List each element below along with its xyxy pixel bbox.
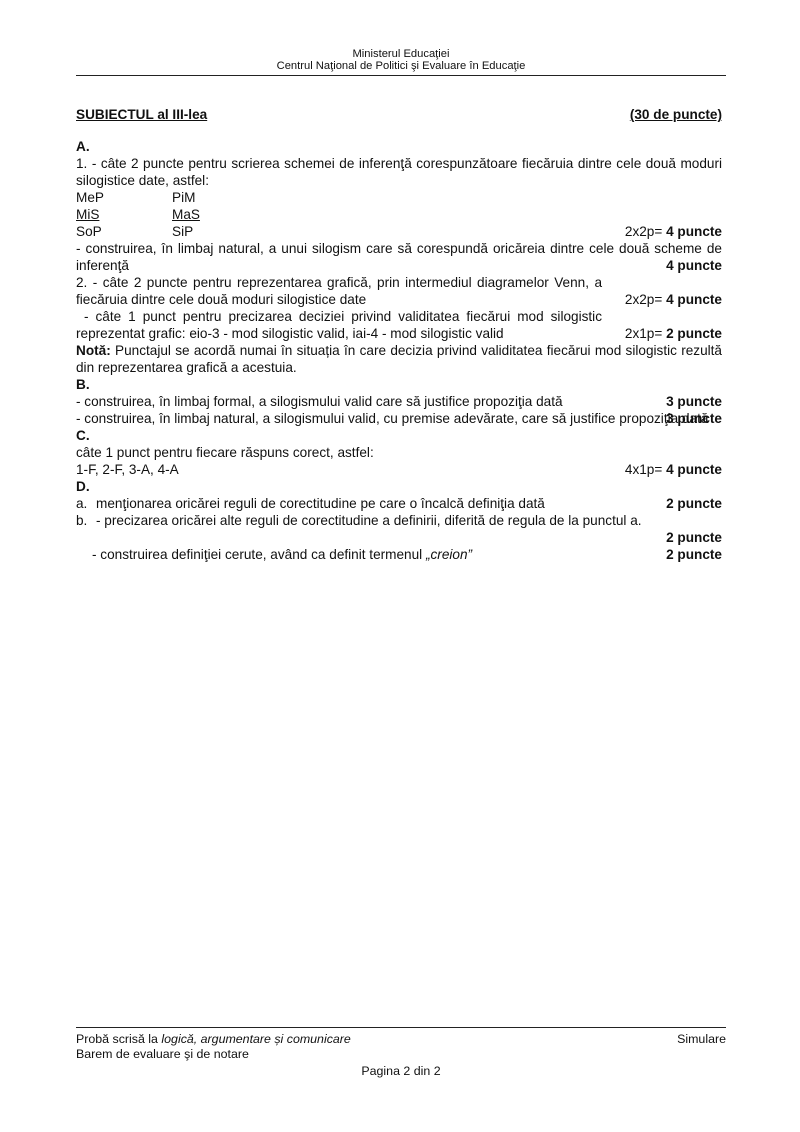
page-number: Pagina 2 din 2 — [76, 1064, 726, 1079]
section-d-item-b1-score-row: 2 puncte — [76, 529, 722, 546]
document-body: SUBIECTUL al III-lea (30 de puncte) A. 1… — [76, 106, 722, 563]
section-a-label: A. — [76, 138, 722, 155]
section-b-item-1: - construirea, în limbaj formal, a silog… — [76, 393, 722, 410]
score: 2 puncte — [666, 495, 722, 512]
header-divider — [76, 75, 726, 76]
subject-points: (30 de puncte) — [630, 106, 722, 123]
schema-minor-1: MiS — [76, 206, 99, 223]
section-d-item-a: a.menţionarea oricărei reguli de corecti… — [76, 495, 722, 512]
schema-major-2: PiM — [172, 189, 195, 206]
score: 4x1p= 4 puncte — [625, 461, 722, 478]
exam-subject: Probă scrisă la logică, argumentare și c… — [76, 1032, 351, 1047]
section-c-label: C. — [76, 427, 722, 444]
section-c-intro: câte 1 punct pentru fiecare răspuns core… — [76, 444, 722, 461]
schema-conclusion-2: SiP — [172, 223, 193, 240]
schema-major-1: MeP — [76, 189, 104, 206]
section-a-item-2b: - câte 1 punct pentru precizarea decizie… — [76, 308, 722, 342]
ministry-name: Ministerul Educaţiei — [76, 48, 726, 60]
center-name: Centrul Naţional de Politici şi Evaluare… — [76, 60, 726, 72]
score: 2 puncte — [666, 546, 722, 563]
section-d-label: D. — [76, 478, 722, 495]
section-c-answers: 1-F, 2-F, 3-A, 4-A — [76, 461, 179, 478]
section-a-note: Notă: Punctajul se acordă numai în situa… — [76, 342, 722, 376]
defined-term: „creion” — [426, 547, 472, 562]
subject-title: SUBIECTUL al III-lea — [76, 106, 207, 123]
section-b-item-2: - construirea, în limbaj natural, a silo… — [76, 410, 722, 427]
schema-conclusion-1: SoP — [76, 223, 102, 240]
inference-schema: MeP PiM MiS MaS SoP SiP 2x2p= 4 puncte — [76, 189, 722, 240]
section-d-item-b2: - construirea definiţiei cerute, având c… — [76, 546, 722, 563]
score: 2 puncte — [666, 529, 722, 546]
document-footer: Probă scrisă la logică, argumentare și c… — [76, 1032, 726, 1079]
document-header: Ministerul Educaţiei Centrul Naţional de… — [76, 48, 726, 72]
footer-divider — [76, 1027, 726, 1028]
section-a-item-1: 1. - câte 2 puncte pentru scrierea schem… — [76, 155, 722, 189]
subject-heading: SUBIECTUL al III-lea (30 de puncte) — [76, 106, 722, 123]
document-type: Barem de evaluare şi de notare — [76, 1047, 726, 1062]
schema-score: 2x2p= 4 puncte — [625, 223, 722, 240]
section-c-answers-row: 1-F, 2-F, 3-A, 4-A 4x1p= 4 puncte — [76, 461, 722, 478]
schema-minor-2: MaS — [172, 206, 200, 223]
section-a-item-1b: - construirea, în limbaj natural, a unui… — [76, 240, 722, 274]
exam-type: Simulare — [677, 1032, 726, 1047]
document-page: Ministerul Educaţiei Centrul Naţional de… — [0, 0, 800, 1132]
score: 3 puncte — [666, 393, 722, 410]
section-d-item-b1: b.- precizarea oricărei alte reguli de c… — [76, 512, 722, 529]
note-label: Notă: — [76, 343, 111, 358]
section-b-label: B. — [76, 376, 722, 393]
section-a-item-2: 2. - câte 2 puncte pentru reprezentarea … — [76, 274, 722, 308]
